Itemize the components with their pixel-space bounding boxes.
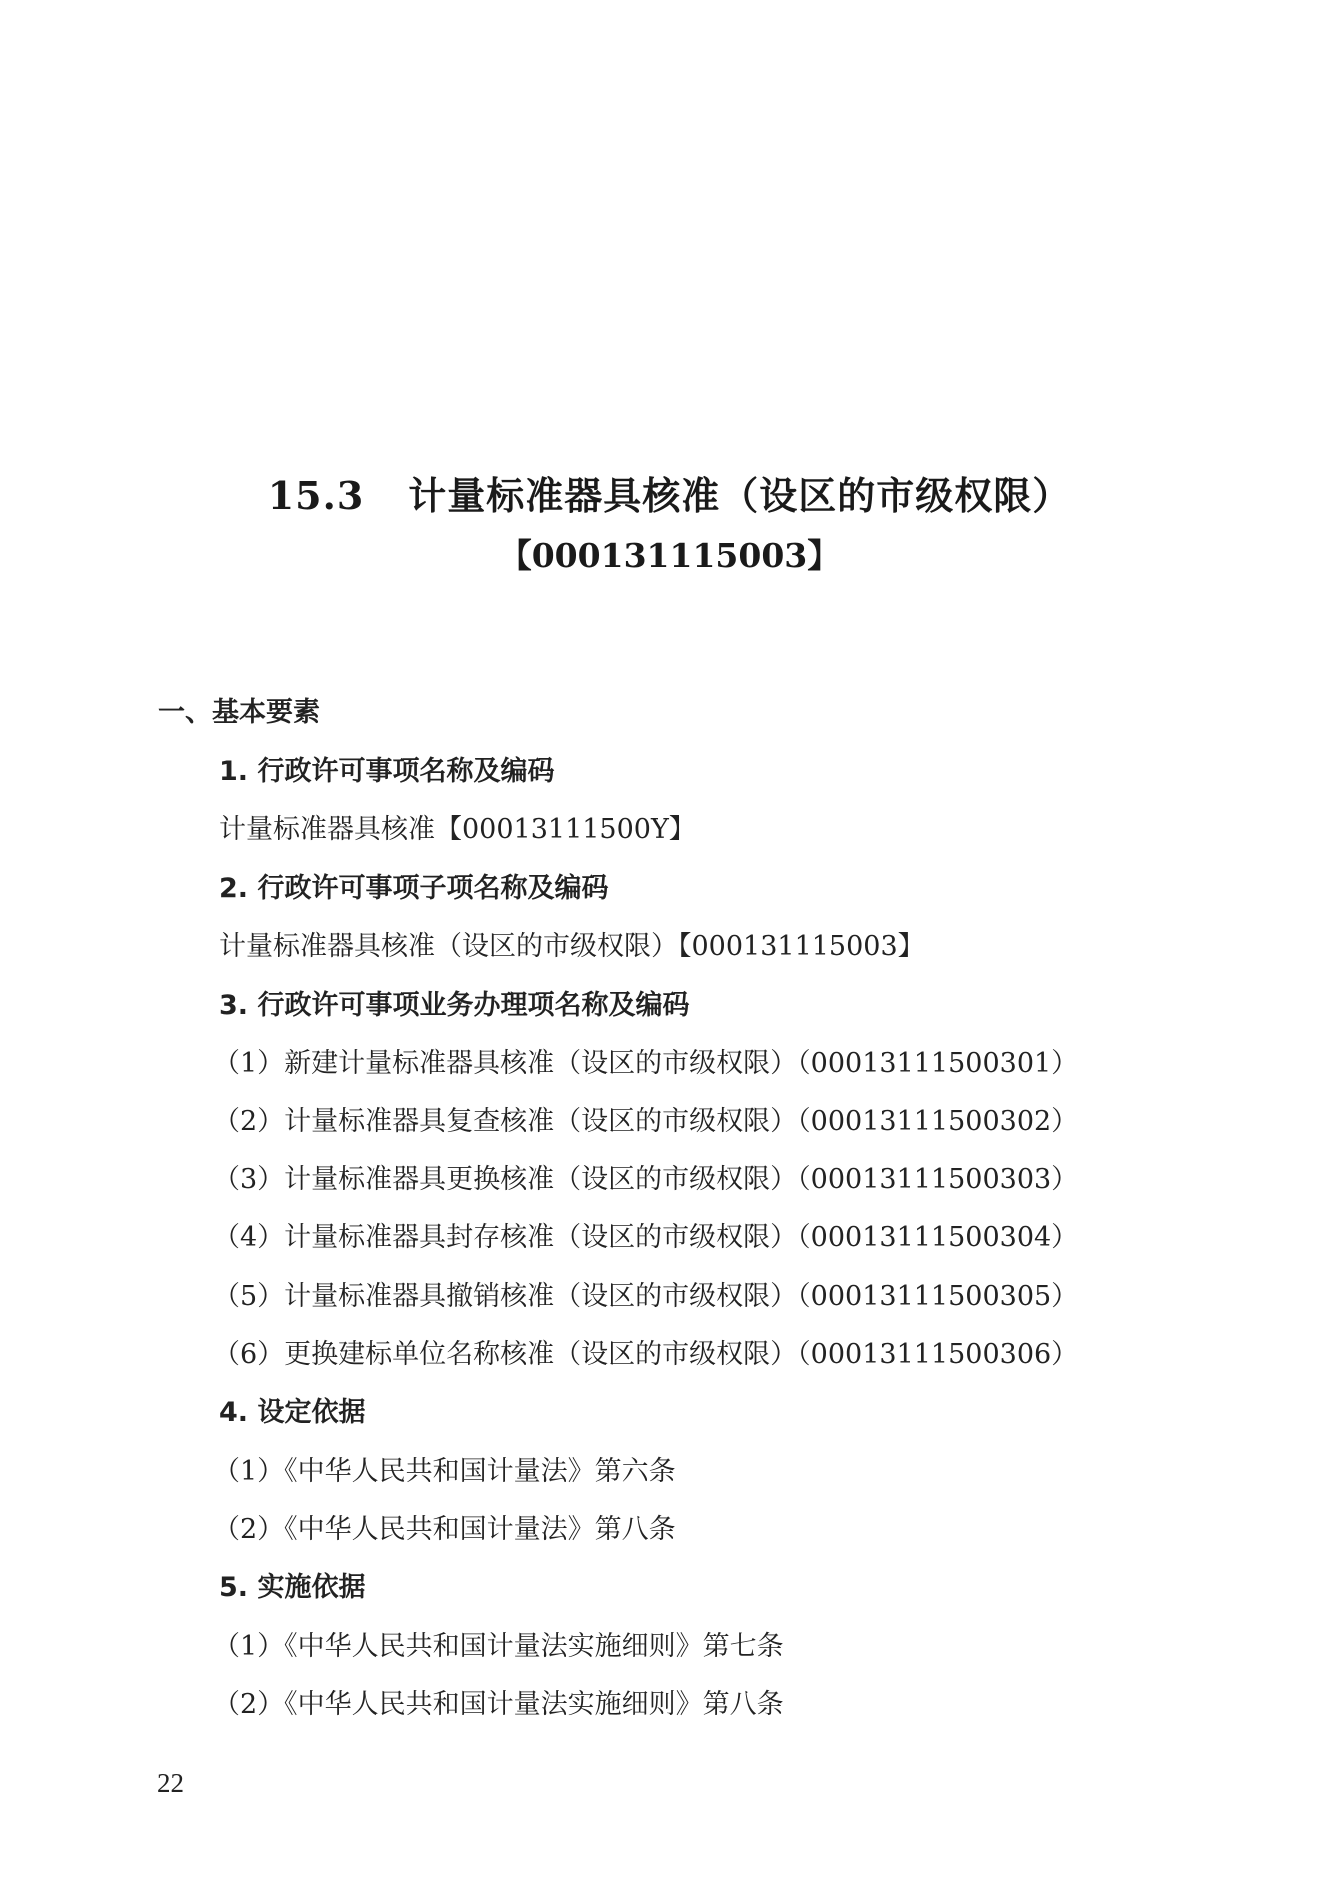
business-item-4: （4）计量标准器具封存核准（设区的市级权限）（00013111500304） xyxy=(213,1218,1078,1258)
subsection-heading-4: 4. 设定依据 xyxy=(219,1393,365,1433)
subsection-heading-1: 1. 行政许可事项名称及编码 xyxy=(219,752,554,792)
section-number: 15.3 xyxy=(268,473,365,518)
business-item-2: （2）计量标准器具复查核准（设区的市级权限）（00013111500302） xyxy=(213,1102,1078,1142)
document-title-block: 15.3计量标准器具核准（设区的市级权限） 【000131115003】 xyxy=(0,468,1339,584)
subitem-name-code: 计量标准器具核准（设区的市级权限）【000131115003】 xyxy=(219,927,925,967)
subsection-heading-2: 2. 行政许可事项子项名称及编码 xyxy=(219,869,608,909)
legal-basis-1: （1）《中华人民共和国计量法》第六条 xyxy=(213,1452,676,1492)
business-item-1: （1）新建计量标准器具核准（设区的市级权限）（00013111500301） xyxy=(213,1044,1078,1084)
item-name-code: 计量标准器具核准【00013111500Y】 xyxy=(219,810,696,850)
legal-basis-2: （2）《中华人民共和国计量法》第八条 xyxy=(213,1510,676,1550)
page-number: 22 xyxy=(157,1766,184,1800)
title-text: 计量标准器具核准（设区的市级权限） xyxy=(408,473,1071,518)
section-heading-basic-elements: 一、基本要素 xyxy=(158,693,320,733)
implementation-basis-2: （2）《中华人民共和国计量法实施细则》第八条 xyxy=(213,1685,784,1725)
business-item-6: （6）更换建标单位名称核准（设区的市级权限）（00013111500306） xyxy=(213,1335,1078,1375)
business-item-5: （5）计量标准器具撤销核准（设区的市级权限）（00013111500305） xyxy=(213,1277,1078,1317)
subsection-heading-5: 5. 实施依据 xyxy=(219,1568,365,1608)
title-code: 【000131115003】 xyxy=(0,528,1339,584)
subsection-heading-3: 3. 行政许可事项业务办理项名称及编码 xyxy=(219,986,689,1026)
document-title: 15.3计量标准器具核准（设区的市级权限） xyxy=(0,468,1339,524)
implementation-basis-1: （1）《中华人民共和国计量法实施细则》第七条 xyxy=(213,1627,784,1667)
business-item-3: （3）计量标准器具更换核准（设区的市级权限）（00013111500303） xyxy=(213,1160,1078,1200)
